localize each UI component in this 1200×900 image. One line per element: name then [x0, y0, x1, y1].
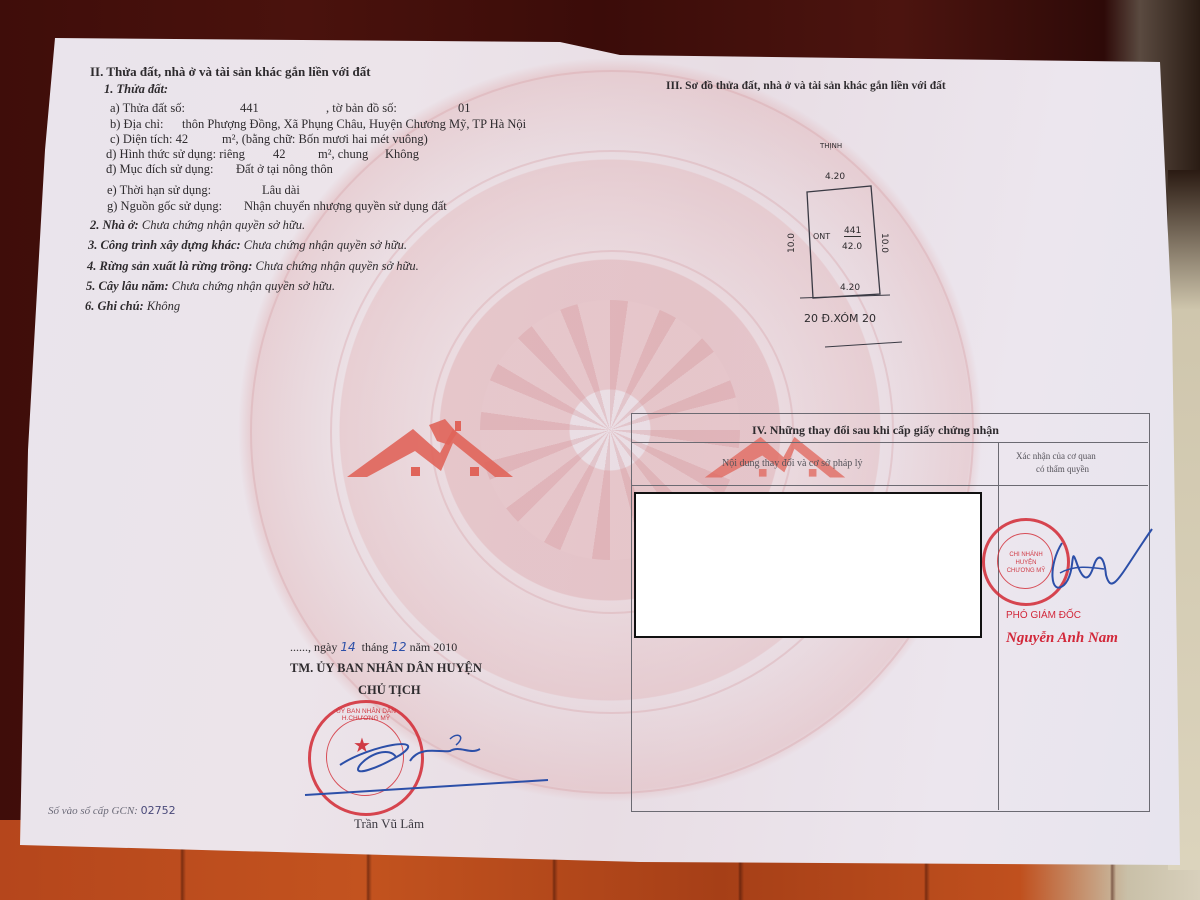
registry-number-value: 02752: [141, 804, 176, 817]
col-content-header: Nội dung thay đổi và cơ sở pháp lý: [722, 458, 863, 469]
parcel-number: 441: [240, 101, 259, 116]
date-month: 12: [391, 640, 406, 654]
item-construction-value: Chưa chứng nhận quyền sở hữu.: [244, 238, 407, 252]
section4-title: IV. Những thay đổi sau khi cấp giấy chứn…: [752, 423, 999, 438]
registry-number: Số vào sổ cấp GCN: 02752: [48, 804, 176, 817]
neighbor-top: THỊNH: [820, 142, 842, 150]
map-sheet-number: 01: [458, 101, 471, 116]
item-forest-value: Chưa chứng nhận quyền sở hữu.: [256, 259, 419, 273]
area-unit-text: m², (bằng chữ: Bốn mươi hai mét vuông): [222, 132, 428, 147]
item-house: 2. Nhà ở: Chưa chứng nhận quyền sở hữu.: [90, 218, 305, 233]
committee-stamp-text: ỦY BAN NHÂN DÂN H.CHƯƠNG MỸ: [323, 708, 409, 722]
land-code: ONT: [813, 232, 830, 241]
item-house-value: Chưa chứng nhận quyền sở hữu.: [142, 218, 305, 232]
parcel-number-diagram: 441: [844, 226, 861, 237]
item-construction-label: 3. Công trình xây dựng khác:: [88, 238, 241, 252]
address-value: thôn Phượng Đồng, Xã Phụng Châu, Huyện C…: [182, 117, 526, 132]
usage-form-label: d) Hình thức sử dụng: riêng: [106, 147, 245, 162]
item-perennial-value: Chưa chứng nhận quyền sở hữu.: [172, 279, 335, 293]
purpose-label: đ) Mục đích sử dụng:: [106, 162, 213, 177]
item-note-value: Không: [147, 299, 180, 313]
item-note-label: 6. Ghi chú:: [85, 299, 144, 313]
section2-title: II. Thửa đất, nhà ở và tài sản khác gắn …: [90, 64, 371, 80]
org-title: TM. ỦY BAN NHÂN DÂN HUYỆN: [290, 661, 482, 676]
purpose-value: Đất ở tại nông thôn: [236, 162, 333, 177]
edge-right-length: 10.0: [879, 233, 889, 253]
parcel-label: a) Thửa đất số:: [110, 101, 185, 116]
item-note: 6. Ghi chú: Không: [85, 299, 180, 314]
item-perennial: 5. Cây lâu năm: Chưa chứng nhận quyền sở…: [86, 279, 335, 294]
signature-left: [300, 725, 560, 805]
signer-title: PHÓ GIÁM ĐỐC: [1006, 610, 1081, 621]
col-confirm-header-line1: Xác nhận của cơ quan: [1016, 451, 1096, 461]
table-divider-columns: [631, 485, 1148, 486]
redacted-content-box: [634, 492, 982, 638]
item-perennial-label: 5. Cây lâu năm:: [86, 279, 169, 293]
origin-label: g) Nguồn gốc sử dụng:: [107, 199, 222, 214]
usage-shared-label: m², chung: [318, 147, 368, 162]
col-confirm-header-line2: có thẩm quyền: [1036, 464, 1089, 474]
edge-top-length: 4.20: [825, 172, 845, 182]
road-label: 20 Đ.XÓM 20: [804, 312, 876, 325]
edge-bottom-length: 4.20: [840, 283, 860, 293]
usage-shared-value: Không: [385, 147, 419, 162]
signer-name: Nguyễn Anh Nam: [1006, 630, 1118, 647]
item-forest: 4. Rừng sản xuất là rừng trồng: Chưa chứ…: [87, 259, 419, 274]
parcel-area-diagram: 42.0: [842, 242, 862, 252]
address-label: b) Địa chỉ:: [110, 117, 163, 132]
date-line: ......, ngày 14 tháng 12 năm 2010: [290, 640, 457, 655]
date-month-label: tháng: [362, 640, 389, 654]
parcel-diagram: THỊNH 4.20 10.0 10.0 ONT 441 42.0 4.20 2…: [780, 140, 920, 350]
table-column-divider: [998, 442, 999, 810]
signer-left-name: Trần Vũ Lâm: [354, 816, 424, 832]
date-day: 14: [340, 640, 355, 654]
signature-right: [1040, 525, 1160, 605]
role-title: CHỦ TỊCH: [358, 683, 421, 698]
section3-title: III. Sơ đồ thửa đất, nhà ở và tài sản kh…: [666, 80, 946, 92]
land-heading: 1. Thửa đất:: [104, 82, 168, 97]
registry-number-label: Số vào sổ cấp GCN:: [48, 805, 138, 817]
item-house-label: 2. Nhà ở:: [90, 218, 139, 232]
date-prefix: ......, ngày: [290, 640, 337, 654]
origin-value: Nhận chuyển nhượng quyền sử dụng đất: [244, 199, 447, 214]
usage-private-area: 42: [273, 147, 286, 162]
map-sheet-label: , tờ bản đồ số:: [326, 101, 397, 116]
term-value: Lâu dài: [262, 183, 300, 198]
term-label: e) Thời hạn sử dụng:: [107, 183, 211, 198]
item-construction: 3. Công trình xây dựng khác: Chưa chứng …: [88, 238, 407, 253]
date-year: năm 2010: [410, 640, 458, 654]
item-forest-label: 4. Rừng sản xuất là rừng trồng:: [87, 259, 252, 273]
area-label: c) Diện tích: 42: [110, 132, 188, 147]
edge-left-length: 10.0: [787, 233, 797, 253]
table-divider-header: [631, 442, 1148, 443]
